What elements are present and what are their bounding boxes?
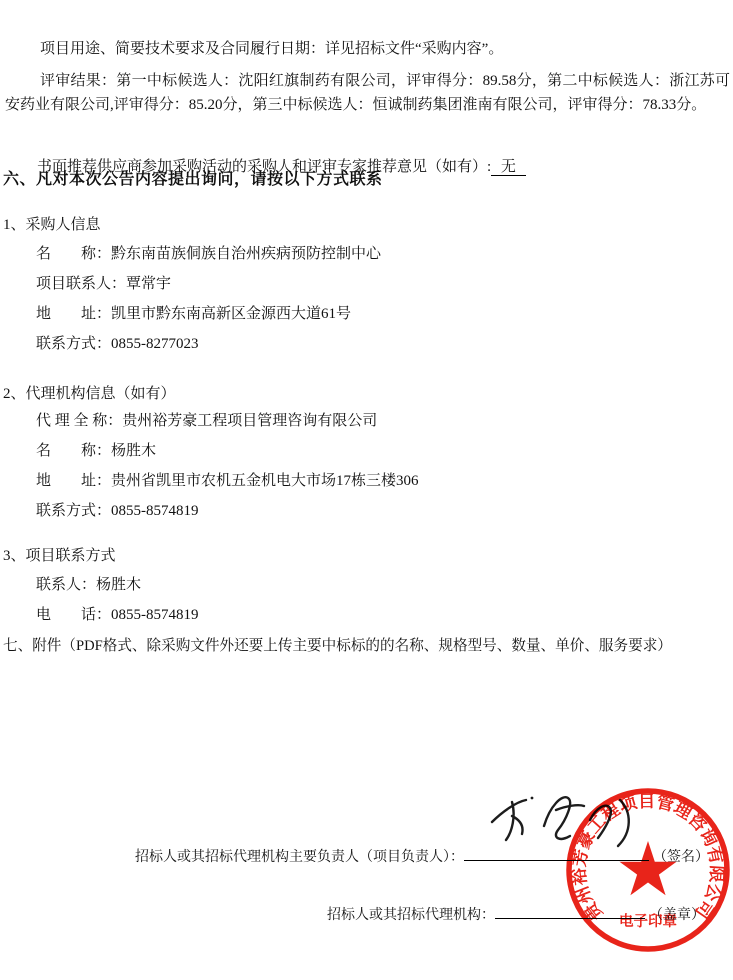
group1-row-phone: 联系方式：0855-8277023 <box>36 332 199 353</box>
stamp-star-icon <box>620 841 677 895</box>
group2-row-name: 名 称：杨胜木 <box>36 439 156 460</box>
section6-title: 六、凡对本次公告内容提出询问，请按以下方式联系 <box>3 166 383 189</box>
group2-row-phone: 联系方式：0855-8574819 <box>36 499 199 520</box>
paragraph-project-use: 项目用途、简要技术要求及合同履行日期：详见招标文件“采购内容”。 <box>5 37 729 61</box>
group3-heading: 3、项目联系方式 <box>3 544 116 565</box>
group3-row-phone: 电 话：0855-8574819 <box>36 603 199 624</box>
group1-row-address: 地 址：凯里市黔东南高新区金源西大道61号 <box>36 302 351 323</box>
recommendation-value: 无 <box>491 159 526 176</box>
paragraph-review-result: 评审结果：第一中标候选人：沈阳红旗制药有限公司，评审得分：89.58分，第二中标… <box>5 69 730 117</box>
group2-row-agency: 代 理 全 称：贵州裕芳豪工程项目管理咨询有限公司 <box>36 409 377 430</box>
group2-heading: 2、代理机构信息（如有） <box>3 382 176 403</box>
group3-row-contact: 联系人：杨胜木 <box>36 573 141 594</box>
stamp-caption: 电子印章 <box>619 912 677 930</box>
group1-heading: 1、采购人信息 <box>3 213 101 234</box>
signature-line2-label: 招标人或其招标代理机构： <box>327 908 495 923</box>
group2-row-address: 地 址：贵州省凯里市农机五金机电大市场17栋三楼306 <box>36 469 419 490</box>
document-page: 项目用途、简要技术要求及合同履行日期：详见招标文件“采购内容”。 评审结果：第一… <box>0 0 733 980</box>
group1-row-contact: 项目联系人：覃常宇 <box>36 272 171 293</box>
company-seal-stamp: 贵州裕芳豪工程项目管理咨询有限公司 电子印章 <box>563 785 733 955</box>
section7-title: 七、附件（PDF格式、除采购文件外还要上传主要中标标的的名称、规格型号、数量、单… <box>3 634 672 655</box>
signature-line1-label: 招标人或其招标代理机构主要负责人（项目负责人）： <box>135 850 464 865</box>
group1-row-name: 名 称：黔东南苗族侗族自治州疾病预防控制中心 <box>36 242 381 263</box>
